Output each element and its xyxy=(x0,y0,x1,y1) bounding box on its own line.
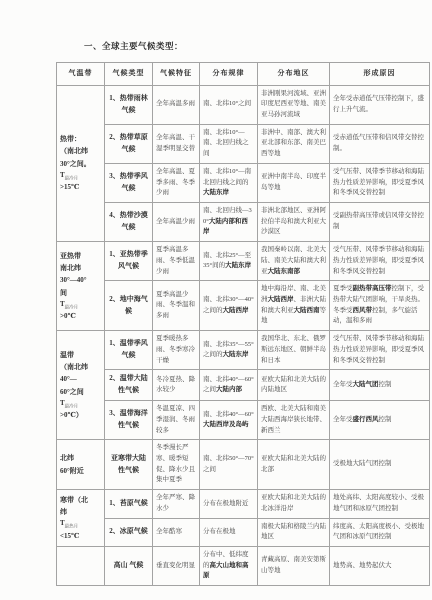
cell-pattern: 分布在极地 xyxy=(200,518,258,546)
table-row: 高山 气候 垂直变化明显 分布中、低纬度的高大山地和高原 青藏高原、南美安第斯山… xyxy=(57,547,430,586)
cell-climate-type: 高山 气候 xyxy=(105,547,153,586)
temp-subscript: 最冷月 xyxy=(65,403,79,408)
cell-pattern: 南、北纬30°—40°之间的大陆西岸 xyxy=(200,281,258,331)
table-row: 3、温带海洋性气候 冬温夏凉、四季湿润、冬雨较多 南、北纬40°—60°大陆西岸… xyxy=(57,401,430,440)
cell-climate-type: 2、冰原气候 xyxy=(105,518,153,546)
cell-cause: 夏季受副热带高压带控制下，受热带大陆气团影响，干旱炎热。冬季受西风带控制，多气旋… xyxy=(330,281,430,331)
header-zone: 气温带 xyxy=(57,63,105,86)
cell-climate-type: 亚寒带大陆性气候 xyxy=(105,440,153,490)
cell-feature: 全年高温、干湿季明显交替 xyxy=(153,124,200,163)
table-row: 4、热带沙漠气候 全年高温少雨 南、北回归线—30°大陆内部和西岸 非洲北部地区… xyxy=(57,203,430,242)
cell-cause: 受极地大陆气团控制 xyxy=(330,440,430,490)
zone-cell-tropical: 热带： （南北纬 30°之间。 T最冷月 >15℃ xyxy=(57,85,105,242)
cell-feature: 全年高温、夏季多雨、冬季少雨 xyxy=(153,163,200,202)
cell-pattern: 南、北纬10°之间 xyxy=(200,85,258,124)
cell-feature: 冬季漫长严寒、暖季短促、降水少且集中夏季 xyxy=(153,440,200,490)
table-row: 2、温带大陆性气候 冬冷夏热、降水较少 南、北纬40°—60°之间大陆内部 亚欧… xyxy=(57,370,430,401)
cell-climate-type: 1、热带雨林气候 xyxy=(105,85,153,124)
zone-cell-subtropical: 亚热带 南北纬 30°—40° 间 T最冷月 >0℃ xyxy=(57,242,105,331)
cell-areas: 地中海沿岸、南、北美洲大陆西岸、非洲大陆和澳大利亚大陆西南等地 xyxy=(258,281,330,331)
cell-feature: 夏季高温多雨、冬季低温少雨 xyxy=(153,242,200,281)
cell-areas: 亚洲中南半岛、印度半岛等地 xyxy=(258,163,330,202)
climate-table: 气温带 气候类型 气候特征 分布规律 分布地区 形成原因 热带： （南北纬 30… xyxy=(56,62,430,586)
header-type: 气候类型 xyxy=(105,63,153,86)
cell-cause: 全年受赤道低气压带控制下，盛行上升气流。 xyxy=(330,85,430,124)
table-row: 热带： （南北纬 30°之间。 T最冷月 >15℃ 1、热带雨林气候 全年高温多… xyxy=(57,85,430,124)
cell-climate-type: 4、热带沙漠气候 xyxy=(105,203,153,242)
cell-areas: 非洲北部地区、亚洲阿拉伯半岛和澳大利亚大沙漠区 xyxy=(258,203,330,242)
table-row: 亚热带 南北纬 30°—40° 间 T最冷月 >0℃ 1、亚热带季风气候 夏季高… xyxy=(57,242,430,281)
cell-cause: 地势高、地势起伏大 xyxy=(330,547,430,586)
header-pattern: 分布规律 xyxy=(200,63,258,86)
table-row: 2、热带草原气候 全年高温、干湿季明显交替 南、北纬10°—南、北回归线之间 非… xyxy=(57,124,430,163)
zone-cell-polar: 寒带（北 纬 T最热月 <15℃ xyxy=(57,490,105,547)
zone-cell-subarctic: 北纬 60°附近 xyxy=(57,440,105,490)
cell-feature: 全年高温少雨 xyxy=(153,203,200,242)
cell-climate-type: 1、苔原气候 xyxy=(105,490,153,518)
temp-subscript: 最热月 xyxy=(65,524,79,529)
cell-cause: 受赤道低气压带和信风带交替控制。 xyxy=(330,124,430,163)
cell-areas: 青藏高原、南美安第斯山等地 xyxy=(258,547,330,586)
cell-pattern: 南、北回归线—30°大陆内部和西岸 xyxy=(200,203,258,242)
cell-pattern: 南、北纬25°—至35°间的大陆东岸 xyxy=(200,242,258,281)
table-row: 3、热带季风气候 全年高温、夏季多雨、冬季少雨 南、北纬10°—南北回归线之间的… xyxy=(57,163,430,202)
cell-pattern: 南、北纬40°—60°大陆西岸及岛屿 xyxy=(200,401,258,440)
cell-cause: 受气压带、风带季节移动和海陆热力性质差异影响，即受夏季风和冬季风交替控制 xyxy=(330,331,430,370)
cell-cause: 纬度高、太阳高度极小、受极地气团和冰原气团控制 xyxy=(330,518,430,546)
cell-cause: 全年受盛行西风控制 xyxy=(330,401,430,440)
cell-areas: 亚欧大陆和北美大陆的北冰洋沿岸 xyxy=(258,490,330,518)
table-row: 温带 （南北纬 40°— 60°之间 T最冷月 >0℃） 1、温带季风气候 夏季… xyxy=(57,331,430,370)
temp-subscript: 最冷月 xyxy=(65,304,79,309)
cell-climate-type: 2、热带草原气候 xyxy=(105,124,153,163)
cell-pattern: 南、北纬10°—南北回归线之间的大陆东岸 xyxy=(200,163,258,202)
cell-climate-type: 3、热带季风气候 xyxy=(105,163,153,202)
table-row: 2、地中海气候 夏季高温少雨、冬季温和多雨 南、北纬30°—40°之间的大陆西岸… xyxy=(57,281,430,331)
cell-pattern: 南、北纬50°—70°之间 xyxy=(200,440,258,490)
header-row: 气温带 气候类型 气候特征 分布规律 分布地区 形成原因 xyxy=(57,63,430,86)
table-row: 北纬 60°附近 亚寒带大陆性气候 冬季漫长严寒、暖季短促、降水少且集中夏季 南… xyxy=(57,440,430,490)
cell-pattern: 南、北纬10°—南、北回归线之间 xyxy=(200,124,258,163)
cell-areas: 我国秦岭以南、北美大陆、南美大陆和澳大利亚大陆东南部 xyxy=(258,242,330,281)
table-row: 2、冰原气候 全年酷寒 分布在极地 南极大陆和格陵兰内陆地区 纬度高、太阳高度极… xyxy=(57,518,430,546)
cell-feature: 夏季高温少雨、冬季温和多雨 xyxy=(153,281,200,331)
cell-feature: 冬温夏凉、四季湿润、冬雨较多 xyxy=(153,401,200,440)
document-page: 一、全球主要气候类型： 气温带 气候类型 气候特征 分布规律 分布地区 形成原因… xyxy=(0,0,432,586)
cell-climate-type: 2、地中海气候 xyxy=(105,281,153,331)
cell-climate-type: 1、温带季风气候 xyxy=(105,331,153,370)
cell-climate-type: 1、亚热带季风气候 xyxy=(105,242,153,281)
cell-areas: 亚欧大陆和北美大陆的北部 xyxy=(258,440,330,490)
cell-cause: 受气压带、风带季节移动和海陆热力性质差异影响，即受夏季风和冬季风交替控制 xyxy=(330,163,430,202)
cell-feature: 全年严寒、降水少 xyxy=(153,490,200,518)
cell-feature: 全年高温多雨 xyxy=(153,85,200,124)
header-feature: 气候特征 xyxy=(153,63,200,86)
cell-cause: 地处高纬、太阳高度较小、受极地气团和冰原气团控制 xyxy=(330,490,430,518)
cell-areas: 我国华北、东北、俄罗斯远东地区、朝鲜半岛和日本 xyxy=(258,331,330,370)
zone-cell-temperate: 温带 （南北纬 40°— 60°之间 T最冷月 >0℃） xyxy=(57,331,105,440)
cell-cause: 全年受大陆气团控制 xyxy=(330,370,430,401)
cell-feature: 全年酷寒 xyxy=(153,518,200,546)
cell-pattern: 分布中、低纬度的高大山地和高原 xyxy=(200,547,258,586)
cell-areas: 南极大陆和格陵兰内陆地区 xyxy=(258,518,330,546)
header-cause: 形成原因 xyxy=(330,63,430,86)
cell-feature: 冬冷夏热、降水较少 xyxy=(153,370,200,401)
table-row: 寒带（北 纬 T最热月 <15℃ 1、苔原气候 全年严寒、降水少 分布在极地附近… xyxy=(57,490,430,518)
cell-feature: 垂直变化明显 xyxy=(153,547,200,586)
cell-pattern: 南、北纬40°—60°之间大陆内部 xyxy=(200,370,258,401)
document-title: 一、全球主要气候类型： xyxy=(84,40,429,52)
cell-pattern: 分布在极地附近 xyxy=(200,490,258,518)
cell-climate-type: 3、温带海洋性气候 xyxy=(105,401,153,440)
cell-cause: 受副热带高压带或信风带交替控制 xyxy=(330,203,430,242)
cell-areas: 西欧、北美大陆和南美大陆西海岸狭长地带、新西兰 xyxy=(258,401,330,440)
cell-climate-type: 2、温带大陆性气候 xyxy=(105,370,153,401)
cell-areas: 亚欧大陆和北美大陆的内陆地区 xyxy=(258,370,330,401)
header-areas: 分布地区 xyxy=(258,63,330,86)
zone-cell-empty xyxy=(57,547,105,586)
cell-areas: 非洲中、南部、澳大利亚北部和东部、南美巴西等地 xyxy=(258,124,330,163)
cell-feature: 夏季暖热多雨、冬季寒冷干燥 xyxy=(153,331,200,370)
temp-subscript: 最冷月 xyxy=(65,175,79,180)
cell-areas: 非洲刚果河流域、亚洲印度尼西亚等地、南美亚马孙河流域 xyxy=(258,85,330,124)
cell-pattern: 南、北纬35°—55°之间的大陆东岸 xyxy=(200,331,258,370)
cell-cause: 受气压带、风带季节移动和海陆热力性质差异影响，即受夏季风和冬季风交替控制 xyxy=(330,242,430,281)
